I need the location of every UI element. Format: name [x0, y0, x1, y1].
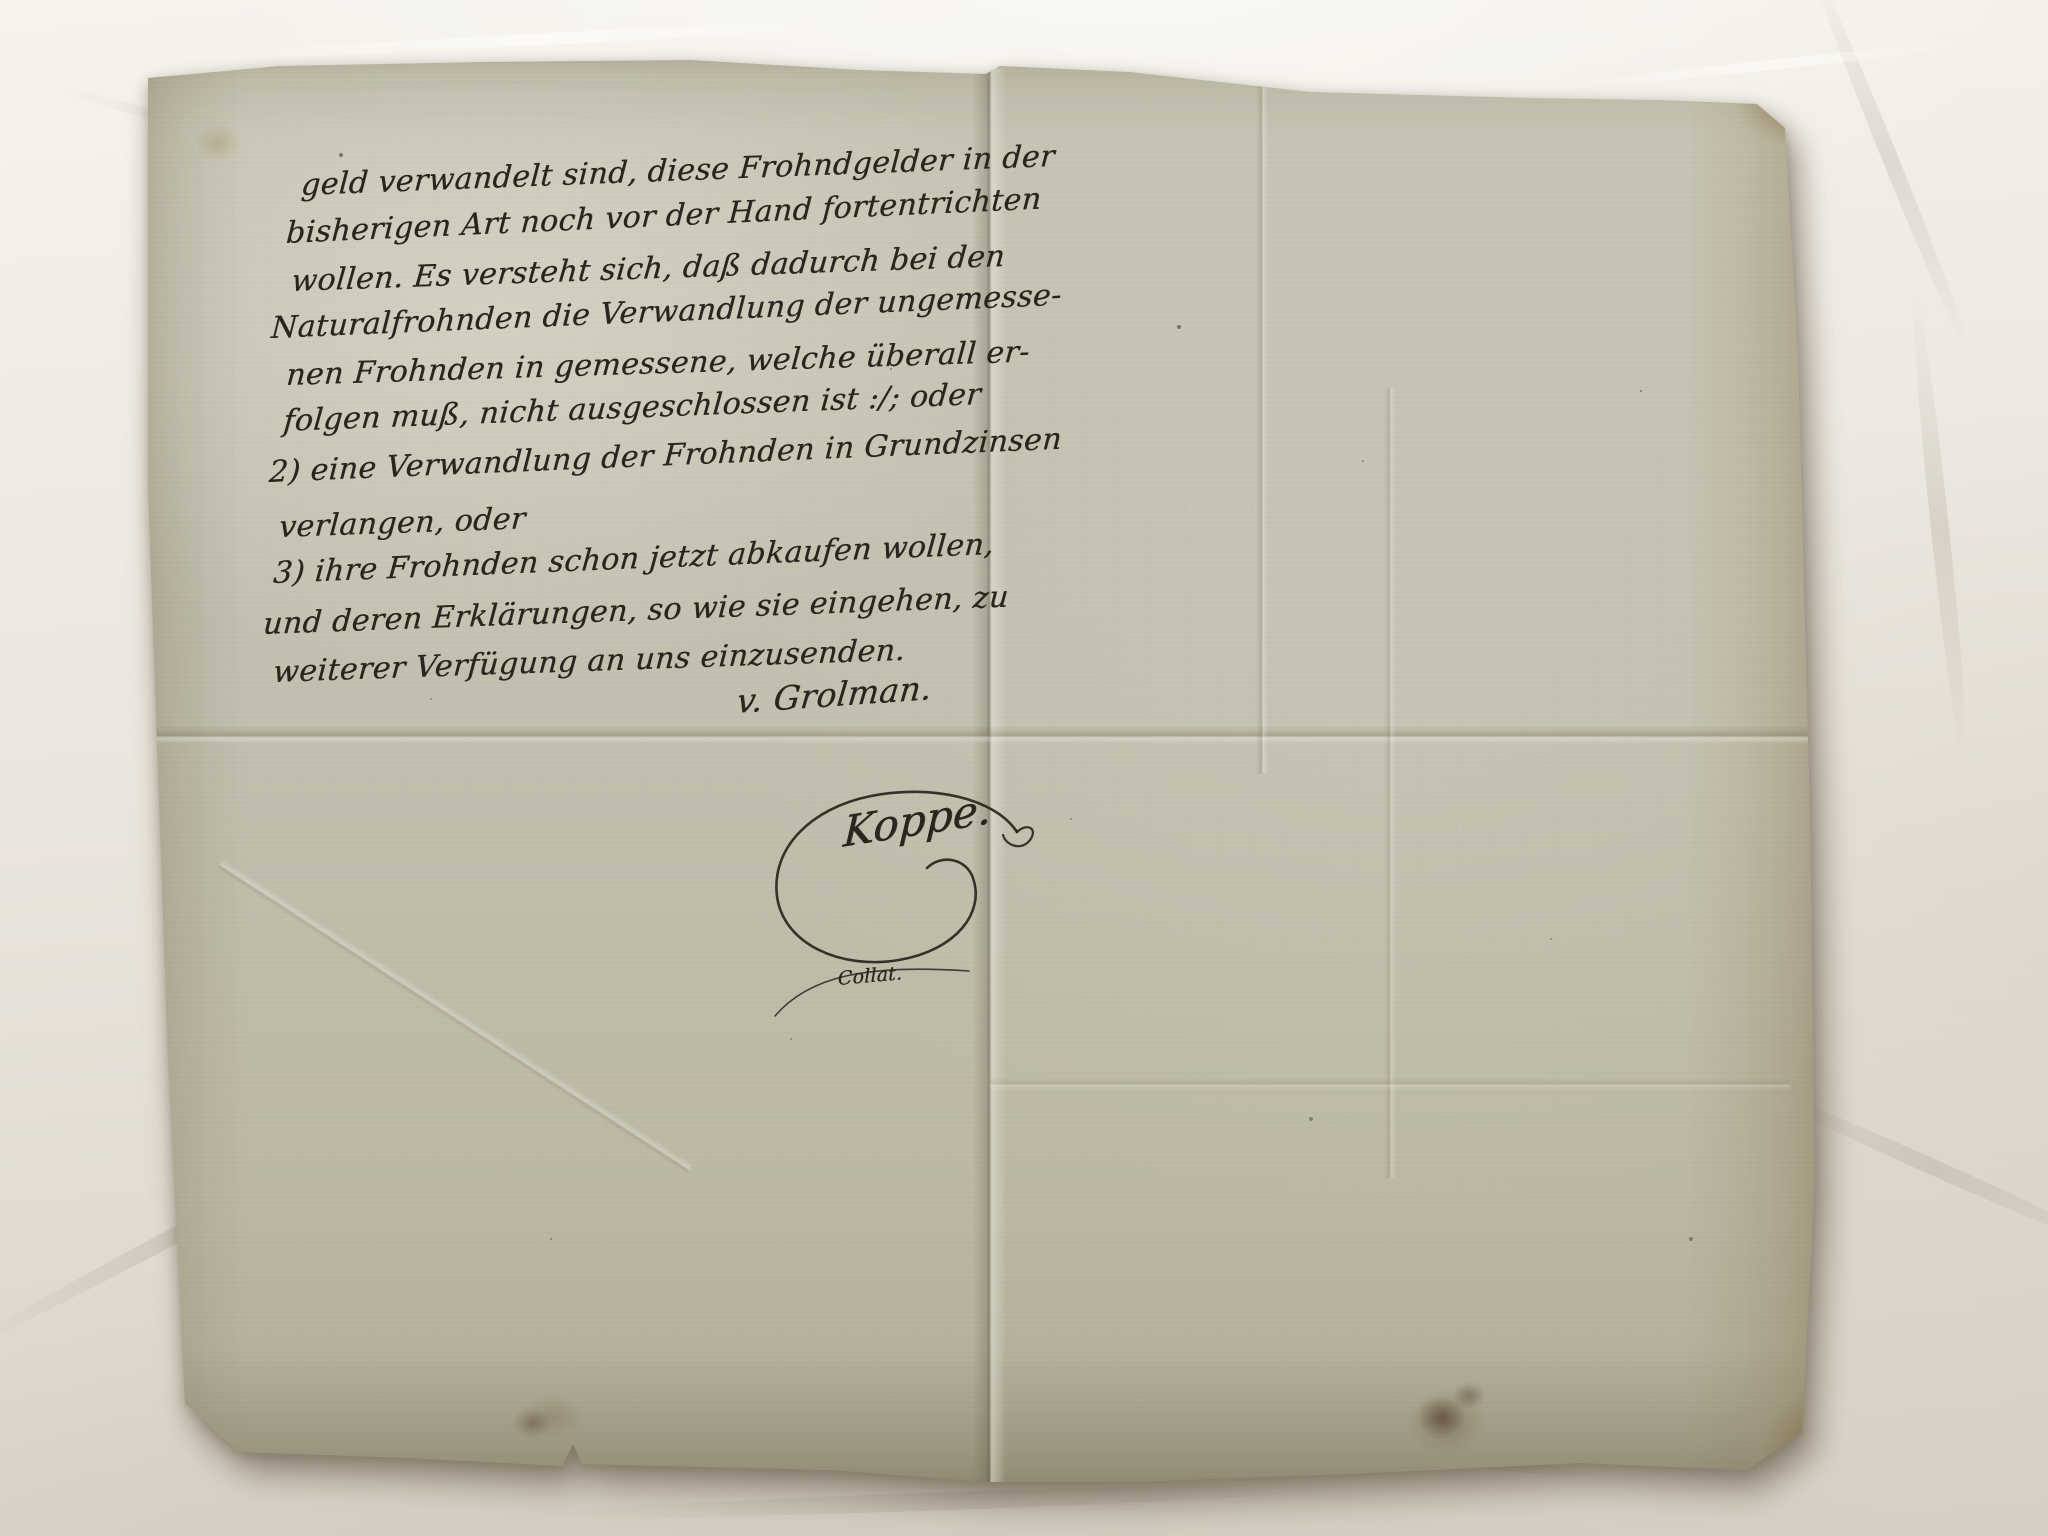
browned-bottom-right-corner: [1760, 1378, 1820, 1478]
paper-laid-texture: [130, 58, 1820, 1488]
manuscript-sheet: [130, 58, 1820, 1488]
horizontal-fold-crease: [150, 726, 1810, 744]
horizontal-crease: [990, 1078, 1790, 1090]
ink-stain: [1392, 1370, 1502, 1456]
browned-top-right-corner: [1726, 96, 1798, 156]
vertical-crease: [1256, 84, 1268, 774]
vertical-crease: [1384, 388, 1396, 1178]
faint-stain: [186, 116, 250, 170]
photograph-of-manuscript: geld verwandelt sind, diese Frohndgelder…: [0, 0, 2048, 1536]
dirt-stain: [492, 1388, 592, 1452]
diagonal-crease: [217, 859, 693, 1174]
fly-specks: [130, 58, 132, 60]
paper-shadow-wrap: [0, 0, 2048, 1536]
center-fold-crease: [972, 68, 1006, 1484]
